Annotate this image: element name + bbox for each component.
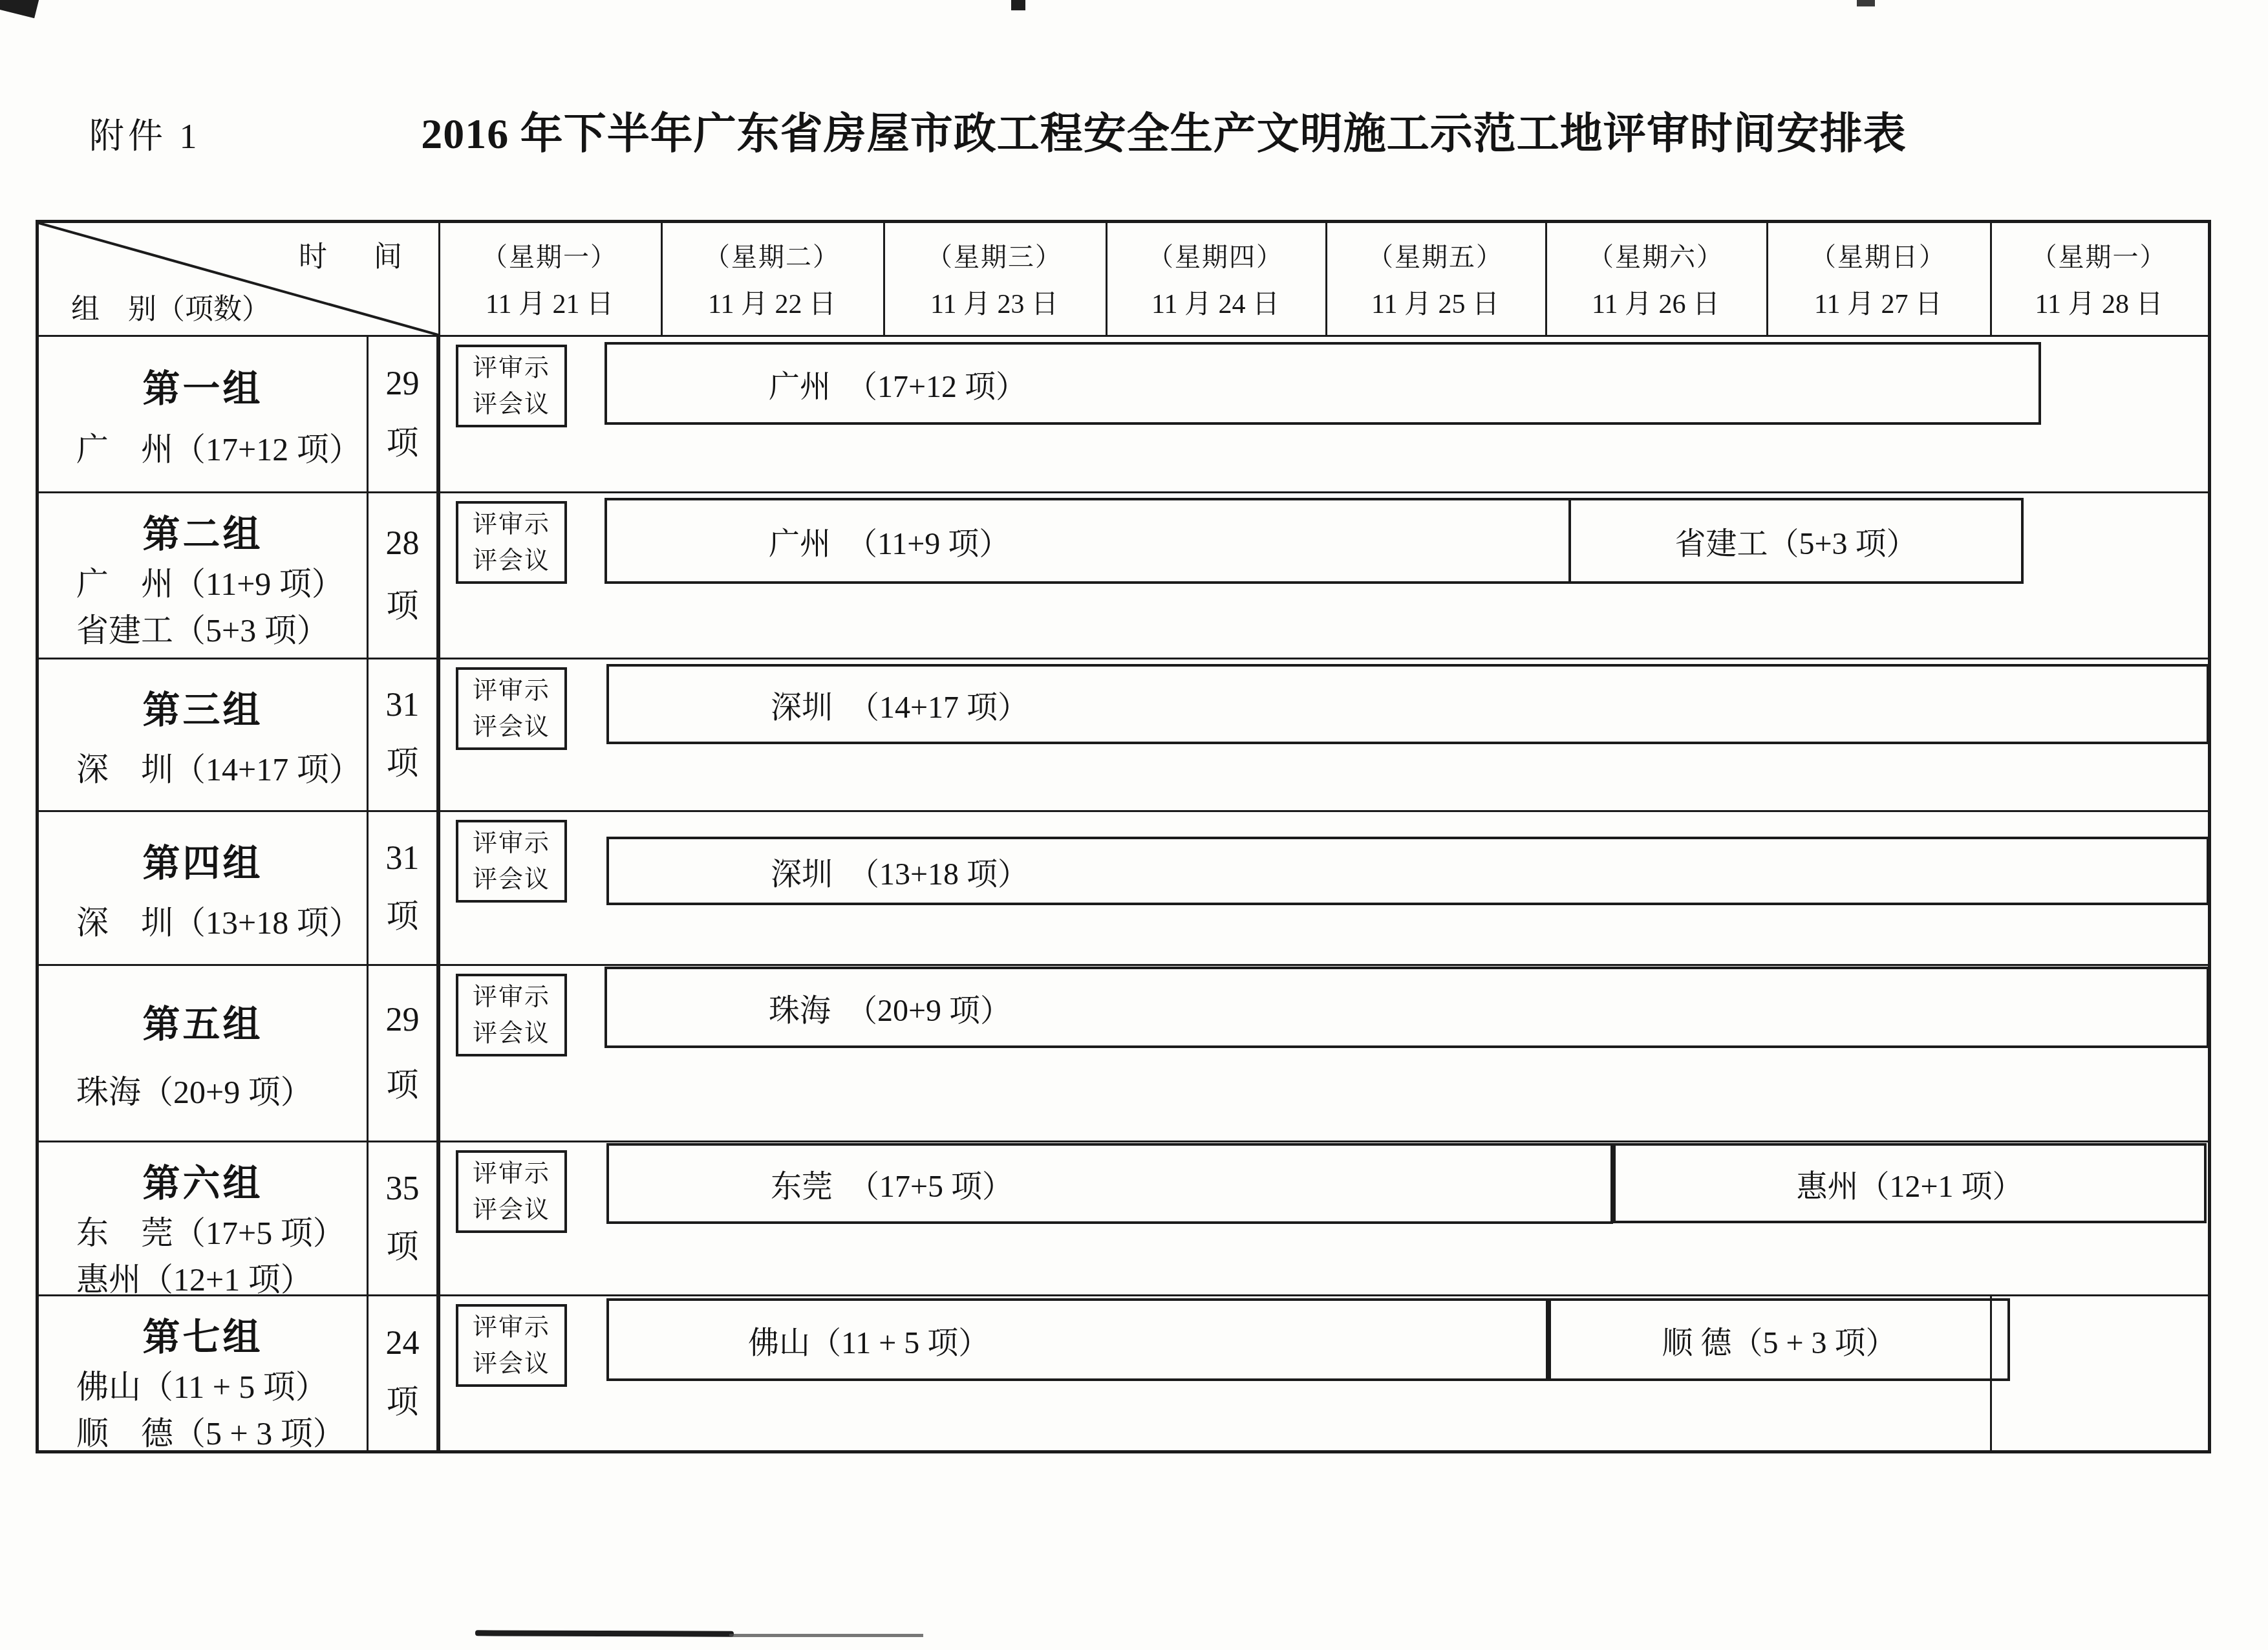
schedule-bar: 广州 （17+12 项） bbox=[604, 342, 2041, 425]
project-count-cell: 29 项 bbox=[369, 966, 438, 1141]
project-count-unit: 项 bbox=[387, 1221, 419, 1267]
group-name: 第五组 bbox=[39, 994, 367, 1048]
grid-line bbox=[1325, 223, 1327, 335]
group-row: 第三组 深 圳（14+17 项） 31 项 评审示 评会议 深圳 （14+17 … bbox=[39, 659, 2208, 810]
group-detail: 深 圳（13+18 项） bbox=[39, 897, 367, 943]
project-count-cell: 31 项 bbox=[369, 659, 438, 810]
day-date-label: 11 月 22 日 bbox=[708, 283, 836, 321]
review-meeting-line: 评会议 bbox=[473, 709, 550, 745]
project-count-unit: 项 bbox=[387, 1376, 419, 1422]
schedule-bar: 东莞 （17+5 项） bbox=[606, 1143, 1613, 1224]
project-count-value: 28 bbox=[386, 524, 420, 562]
schedule-bar: 珠海 （20+9 项） bbox=[604, 967, 2209, 1048]
scan-artifact bbox=[1011, 0, 1025, 10]
document-title: 2016 年下半年广东省房屋市政工程安全生产文明施工示范工地评审时间安排表 bbox=[272, 103, 2056, 166]
schedule-bar-label: 顺 德（5 + 3 项） bbox=[1662, 1318, 1896, 1362]
day-date-label: 11 月 26 日 bbox=[1592, 283, 1720, 321]
scan-artifact bbox=[729, 1634, 923, 1637]
group-detail: 佛山（11 + 5 项） bbox=[39, 1361, 367, 1408]
grid-line bbox=[1990, 1296, 1992, 1450]
review-meeting-line: 评审示 bbox=[473, 672, 550, 709]
review-meeting-line: 评审示 bbox=[473, 979, 550, 1015]
group-name: 第三组 bbox=[39, 680, 367, 734]
day-header-cell: （星期四） 11 月 24 日 bbox=[1106, 223, 1325, 335]
review-meeting-box: 评审示 评会议 bbox=[456, 1304, 567, 1387]
group-label-cell: 第一组 广 州（17+12 项） bbox=[39, 337, 369, 491]
group-detail: 深 圳（14+17 项） bbox=[39, 744, 367, 790]
project-count-cell: 24 项 bbox=[369, 1296, 438, 1450]
group-label-cell: 第五组 珠海（20+9 项） bbox=[39, 966, 369, 1141]
group-row: 第六组 东 莞（17+5 项） 惠州（12+1 项） 35 项 评审示 评会议 … bbox=[39, 1142, 2208, 1294]
schedule-bar: 省建工（5+3 项） bbox=[1568, 498, 2024, 584]
project-count-value: 29 bbox=[386, 365, 420, 403]
group-label-cell: 第四组 深 圳（13+18 项） bbox=[39, 812, 369, 964]
day-date-label: 11 月 28 日 bbox=[2035, 283, 2163, 321]
day-header-cell: （星期一） 11 月 21 日 bbox=[438, 223, 661, 335]
schedule-bar: 佛山（11 + 5 项） bbox=[606, 1298, 1548, 1381]
group-detail: 惠州（12+1 项） bbox=[39, 1254, 367, 1300]
scan-artifact bbox=[0, 0, 39, 18]
day-date-label: 11 月 21 日 bbox=[486, 283, 614, 321]
project-count-value: 29 bbox=[386, 1001, 420, 1039]
review-meeting-line: 评会议 bbox=[473, 542, 550, 579]
schedule-bar: 顺 德（5 + 3 项） bbox=[1548, 1298, 2010, 1381]
group-row: 第二组 广 州（11+9 项） 省建工（5+3 项） 28 项 评审示 评会议 … bbox=[39, 493, 2208, 658]
scanned-document-page: 附件 1 2016 年下半年广东省房屋市政工程安全生产文明施工示范工地评审时间安… bbox=[0, 0, 2268, 1650]
review-meeting-box: 评审示 评会议 bbox=[456, 501, 567, 584]
scan-artifact bbox=[1857, 0, 1875, 6]
project-count-cell: 28 项 bbox=[369, 493, 438, 658]
schedule-bar: 深圳 （14+17 项） bbox=[606, 664, 2209, 744]
day-week-label: （星期四） bbox=[1148, 237, 1283, 273]
grid-line bbox=[1766, 223, 1768, 335]
project-count-unit: 项 bbox=[387, 417, 419, 464]
day-week-label: （星期日） bbox=[1810, 237, 1946, 273]
schedule-bar-label: 佛山（11 + 5 项） bbox=[748, 1318, 989, 1362]
schedule-bar-label: 珠海 （20+9 项） bbox=[769, 985, 1011, 1030]
group-row: 第七组 佛山（11 + 5 项） 顺 德（5 + 3 项） 24 项 评审示 评… bbox=[39, 1296, 2208, 1450]
project-count-value: 31 bbox=[386, 839, 420, 877]
day-week-label: （星期一） bbox=[2031, 237, 2167, 273]
group-row: 第四组 深 圳（13+18 项） 31 项 评审示 评会议 深圳 （13+18 … bbox=[39, 812, 2208, 964]
corner-time-label: 时 间 bbox=[299, 233, 411, 275]
grid-line bbox=[883, 223, 885, 335]
grid-line bbox=[1106, 223, 1107, 335]
review-meeting-box: 评审示 评会议 bbox=[456, 974, 567, 1056]
grid-line bbox=[1990, 223, 1992, 335]
review-meeting-line: 评会议 bbox=[473, 1192, 550, 1228]
project-count-value: 24 bbox=[386, 1324, 420, 1362]
review-meeting-line: 评会议 bbox=[473, 861, 550, 897]
schedule-bar-label: 省建工（5+3 项） bbox=[1674, 519, 1917, 563]
day-header-cell: （星期日） 11 月 27 日 bbox=[1766, 223, 1990, 335]
schedule-bar: 深圳 （13+18 项） bbox=[606, 837, 2209, 905]
corner-group-label: 组 别（项数） bbox=[71, 286, 270, 327]
day-header-cell: （星期三） 11 月 23 日 bbox=[883, 223, 1106, 335]
review-meeting-line: 评会议 bbox=[473, 1015, 550, 1051]
review-meeting-box: 评审示 评会议 bbox=[456, 667, 567, 750]
day-date-label: 11 月 27 日 bbox=[1814, 283, 1942, 321]
project-count-cell: 31 项 bbox=[369, 812, 438, 964]
group-name: 第一组 bbox=[39, 358, 367, 412]
day-week-label: （星期五） bbox=[1367, 237, 1503, 273]
day-header-cell: （星期五） 11 月 25 日 bbox=[1325, 223, 1545, 335]
grid-line bbox=[1545, 223, 1547, 335]
schedule-bar-label: 深圳 （13+18 项） bbox=[771, 849, 1029, 894]
project-count-cell: 29 项 bbox=[369, 337, 438, 491]
project-count-unit: 项 bbox=[387, 890, 419, 937]
day-week-label: （星期一） bbox=[482, 237, 617, 273]
group-row: 第一组 广 州（17+12 项） 29 项 评审示 评会议 广州 （17+12 … bbox=[39, 337, 2208, 491]
day-week-label: （星期二） bbox=[704, 237, 840, 273]
group-detail: 广 州（11+9 项） bbox=[39, 558, 367, 605]
review-meeting-box: 评审示 评会议 bbox=[456, 1150, 567, 1233]
project-count-unit: 项 bbox=[387, 737, 419, 784]
group-label-cell: 第三组 深 圳（14+17 项） bbox=[39, 659, 369, 810]
group-name: 第二组 bbox=[39, 504, 367, 558]
day-header-cell: （星期二） 11 月 22 日 bbox=[661, 223, 883, 335]
review-meeting-box: 评审示 评会议 bbox=[456, 820, 567, 903]
schedule-table: 时 间 组 别（项数） （星期一） 11 月 21 日 （星期二） 11 月 2… bbox=[36, 220, 2211, 1453]
review-meeting-line: 评会议 bbox=[473, 1345, 550, 1382]
schedule-bar-label: 东莞 （17+5 项） bbox=[771, 1161, 1013, 1206]
schedule-bar-label: 深圳 （14+17 项） bbox=[771, 682, 1029, 727]
project-count-unit: 项 bbox=[387, 580, 419, 627]
group-detail: 珠海（20+9 项） bbox=[39, 1066, 367, 1113]
review-meeting-line: 评会议 bbox=[473, 386, 550, 422]
project-count-unit: 项 bbox=[387, 1059, 419, 1106]
group-detail: 广 州（17+12 项） bbox=[39, 423, 367, 470]
group-detail: 省建工（5+3 项） bbox=[39, 605, 367, 651]
attachment-label: 附件 1 bbox=[89, 109, 201, 164]
group-name: 第七组 bbox=[39, 1307, 367, 1361]
group-label-cell: 第六组 东 莞（17+5 项） 惠州（12+1 项） bbox=[39, 1142, 369, 1294]
schedule-bar-label: 惠州（12+1 项） bbox=[1796, 1161, 2023, 1206]
review-meeting-line: 评审示 bbox=[473, 825, 550, 861]
corner-cell: 时 间 组 别（项数） bbox=[39, 223, 438, 335]
day-date-label: 11 月 24 日 bbox=[1151, 283, 1279, 321]
group-row: 第五组 珠海（20+9 项） 29 项 评审示 评会议 珠海 （20+9 项） bbox=[39, 966, 2208, 1141]
day-header-cell: （星期一） 11 月 28 日 bbox=[1990, 223, 2208, 335]
group-name: 第四组 bbox=[39, 833, 367, 887]
group-label-cell: 第二组 广 州（11+9 项） 省建工（5+3 项） bbox=[39, 493, 369, 658]
group-detail: 顺 德（5 + 3 项） bbox=[39, 1408, 367, 1454]
day-header-cell: （星期六） 11 月 26 日 bbox=[1545, 223, 1766, 335]
project-count-cell: 35 项 bbox=[369, 1142, 438, 1294]
review-meeting-box: 评审示 评会议 bbox=[456, 345, 567, 427]
group-name: 第六组 bbox=[39, 1153, 367, 1207]
day-date-label: 11 月 23 日 bbox=[930, 283, 1058, 321]
schedule-bar-label: 广州 （17+12 项） bbox=[769, 361, 1027, 406]
group-label-cell: 第七组 佛山（11 + 5 项） 顺 德（5 + 3 项） bbox=[39, 1296, 369, 1450]
scan-artifact bbox=[475, 1630, 734, 1636]
schedule-bar-label: 广州 （11+9 项） bbox=[769, 519, 1010, 563]
day-week-label: （星期三） bbox=[926, 237, 1062, 273]
project-count-value: 31 bbox=[386, 686, 420, 724]
schedule-bar: 广州 （11+9 项） bbox=[604, 498, 1571, 584]
schedule-bar: 惠州（12+1 项） bbox=[1613, 1143, 2207, 1223]
review-meeting-line: 评审示 bbox=[473, 1309, 550, 1345]
project-count-value: 35 bbox=[386, 1170, 420, 1208]
group-detail: 东 莞（17+5 项） bbox=[39, 1207, 367, 1254]
review-meeting-line: 评审示 bbox=[473, 350, 550, 386]
review-meeting-line: 评审示 bbox=[473, 506, 550, 542]
day-date-label: 11 月 25 日 bbox=[1371, 283, 1499, 321]
day-week-label: （星期六） bbox=[1588, 237, 1724, 273]
review-meeting-line: 评审示 bbox=[473, 1155, 550, 1192]
grid-line bbox=[661, 223, 663, 335]
